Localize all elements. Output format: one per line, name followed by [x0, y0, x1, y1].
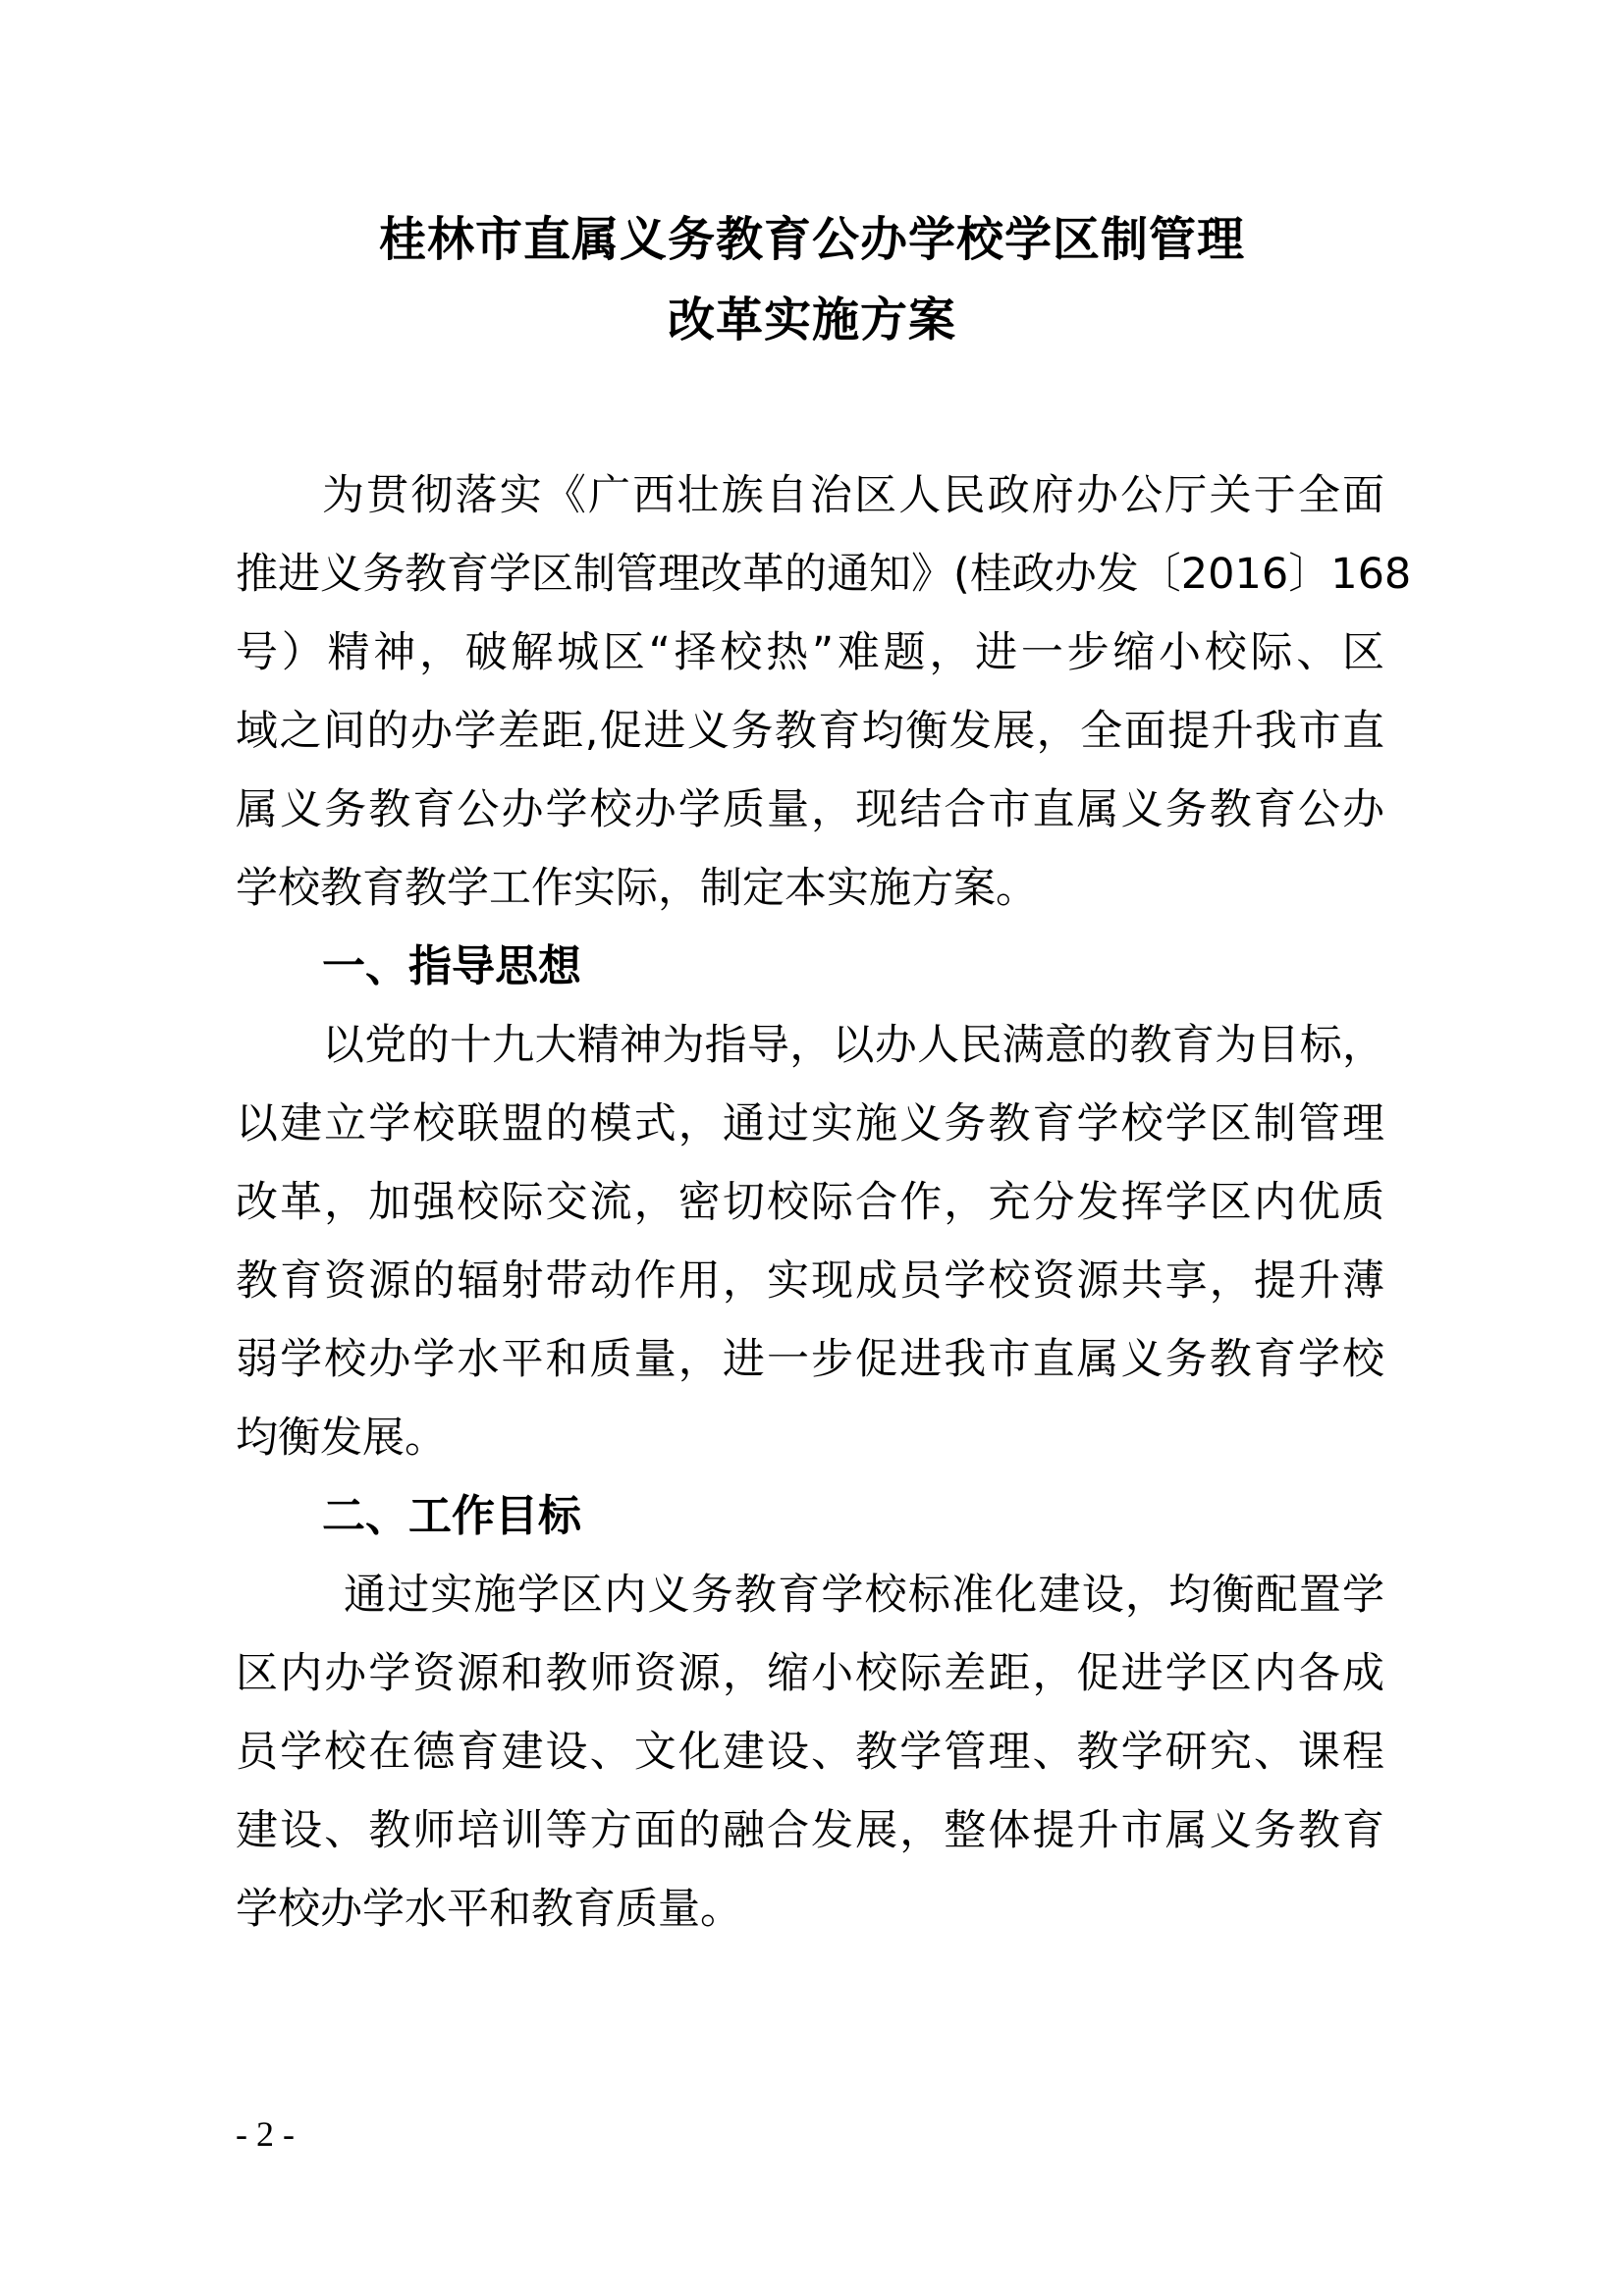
- section-work-goals: 二、工作目标 通过实施学区内义务教育学校标准化建设，均衡配置学 区内办学资源和教…: [236, 1477, 1384, 1949]
- paragraph-line: 推进义务教育学区制管理改革的通知》(桂政办发〔2016〕168: [236, 535, 1384, 614]
- paragraph-line: 号）精神，破解城区“择校热”难题，进一步缩小校际、区: [236, 614, 1384, 692]
- document-page: 桂林市直属义务教育公办学校学区制管理 改革实施方案 为贯彻落实《广西壮族自治区人…: [0, 0, 1624, 2296]
- paragraph-line: 属义务教育公办学校办学质量，现结合市直属义务教育公办: [236, 771, 1384, 849]
- paragraph-line: 弱学校办学水平和质量，进一步促进我市直属义务教育学校: [236, 1320, 1384, 1399]
- paragraph-line: 通过实施学区内义务教育学校标准化建设，均衡配置学: [236, 1556, 1384, 1634]
- paragraph-line: 改革，加强校际交流，密切校际合作，充分发挥学区内优质: [236, 1163, 1384, 1242]
- paragraph-line: 均衡发展。: [236, 1399, 1384, 1477]
- intro-paragraph: 为贯彻落实《广西壮族自治区人民政府办公厅关于全面 推进义务教育学区制管理改革的通…: [236, 456, 1384, 928]
- paragraph-line: 为贯彻落实《广西壮族自治区人民政府办公厅关于全面: [236, 456, 1384, 535]
- document-body: 为贯彻落实《广西壮族自治区人民政府办公厅关于全面 推进义务教育学区制管理改革的通…: [236, 456, 1384, 1949]
- page-number: - 2 -: [236, 2114, 295, 2154]
- document-title-line-2: 改革实施方案: [0, 291, 1624, 349]
- section-heading: 一、指导思想: [236, 928, 1384, 1006]
- paragraph-line: 员学校在德育建设、文化建设、教学管理、教学研究、课程: [236, 1713, 1384, 1791]
- section-heading: 二、工作目标: [236, 1477, 1384, 1556]
- paragraph-line: 以建立学校联盟的模式，通过实施义务教育学校学区制管理: [236, 1085, 1384, 1163]
- paragraph-line: 学校教育教学工作实际，制定本实施方案。: [236, 849, 1384, 928]
- paragraph-line: 以党的十九大精神为指导，以办人民满意的教育为目标，: [236, 1006, 1384, 1085]
- document-title-line-1: 桂林市直属义务教育公办学校学区制管理: [0, 210, 1624, 269]
- paragraph-line: 建设、教师培训等方面的融合发展，整体提升市属义务教育: [236, 1791, 1384, 1870]
- paragraph-line: 学校办学水平和教育质量。: [236, 1870, 1384, 1949]
- paragraph-line: 区内办学资源和教师资源，缩小校际差距，促进学区内各成: [236, 1634, 1384, 1713]
- paragraph-line: 教育资源的辐射带动作用，实现成员学校资源共享，提升薄: [236, 1242, 1384, 1320]
- section-guiding-ideology: 一、指导思想 以党的十九大精神为指导，以办人民满意的教育为目标， 以建立学校联盟…: [236, 928, 1384, 1477]
- paragraph-line: 域之间的办学差距,促进义务教育均衡发展，全面提升我市直: [236, 692, 1384, 771]
